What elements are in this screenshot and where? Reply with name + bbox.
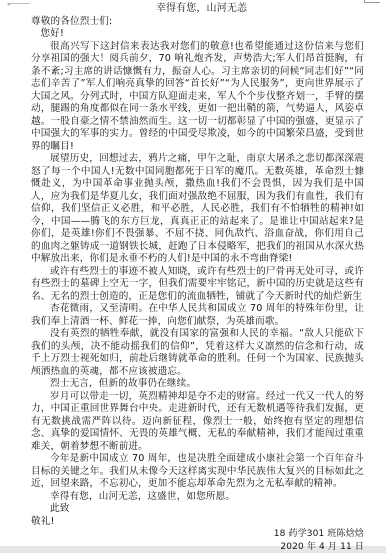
closing-line: 幸得有您，山河无恙，这盛世，如您所愿。 [31,491,364,504]
paragraph: 杏花微雨，又至清明。在中华人民共和国成立 70 周年的特殊年份里，让我们奉上清酒… [31,303,364,328]
salutation: 尊敬的各位烈士们: [31,16,364,29]
paragraph: 今年是新中国成立 70 周年，也是决胜全面建成小康社会第一个百年奋斗目标的关键之… [31,453,364,491]
document-body[interactable]: 幸得有您，山河无恙 尊敬的各位烈士们: 您好! 很高兴写下这封信来表达我对您们的… [31,3,364,548]
jing-li: 敬礼! [31,516,364,529]
paragraph: 或许有些烈士的事迹不被人知晓，或许有些烈士的尸骨再无处可寻，或许有些烈士的墓碑上… [31,266,364,304]
paragraph: 很高兴写下这封信来表达我对您们的敬意!也希望能通过这份信来与您们分享祖国的强大！… [31,41,364,154]
document-page: 幸得有您，山河无恙 尊敬的各位烈士们: 您好! 很高兴写下这封信来表达我对您们的… [0,0,386,546]
paragraph: 没有英烈的牺牲奉献，就没有国家的富强和人民的幸福。“敌人只能砍下我们的头颅，决不… [31,328,364,378]
greeting: 您好! [31,28,364,41]
paragraph: 展望历史，回想过去，鸦片之痛，甲午之耻，南京大屠杀之悲切都深深震怒了每一个中国人… [31,153,364,266]
collapse-arrow-icon[interactable] [7,3,11,6]
date: 2020 年 4 月 11 日 [31,541,364,549]
document-title: 幸得有您，山河无恙 [31,3,364,16]
page-margin-corner-top-left [8,0,30,4]
page-margin-corner-top-right [364,0,380,3]
paragraph: 烈士无言，但新的故事仍在继续。 [31,378,364,391]
signature: 18 药学301 班陈焓焓 [31,528,364,541]
paragraph: 岁月可以带走一切，英烈精神却是夺不走的财富。经过一代又一代人的努力，中国正重回世… [31,391,364,454]
ci-zhi: 此致 [31,503,364,516]
